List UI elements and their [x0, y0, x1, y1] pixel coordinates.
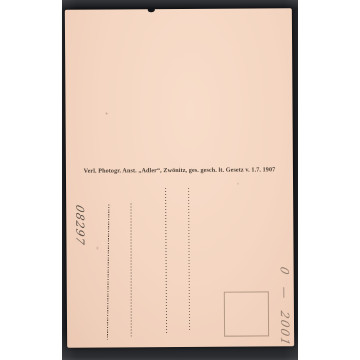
- address-divider-line: [165, 188, 167, 334]
- paper-speck: [96, 247, 98, 250]
- stamp-box: [224, 291, 269, 336]
- postcard-photo: Verl. Photogr. Anst. „Adler“, Zwönitz, g…: [62, 0, 298, 360]
- paper-speck: [106, 113, 108, 115]
- address-divider-line: [188, 188, 190, 332]
- paper-speck: [237, 183, 239, 185]
- address-divider-line: [131, 203, 132, 336]
- paper-edge-notch: [148, 8, 155, 12]
- handwritten-inventory-number: 08297: [70, 193, 86, 257]
- handwritten-price-note: 0 — 2001: [274, 264, 293, 348]
- publisher-imprint: Verl. Photogr. Anst. „Adler“, Zwönitz, g…: [67, 166, 292, 176]
- postcard-back: Verl. Photogr. Anst. „Adler“, Zwönitz, g…: [65, 8, 294, 348]
- address-divider-line: [107, 204, 109, 339]
